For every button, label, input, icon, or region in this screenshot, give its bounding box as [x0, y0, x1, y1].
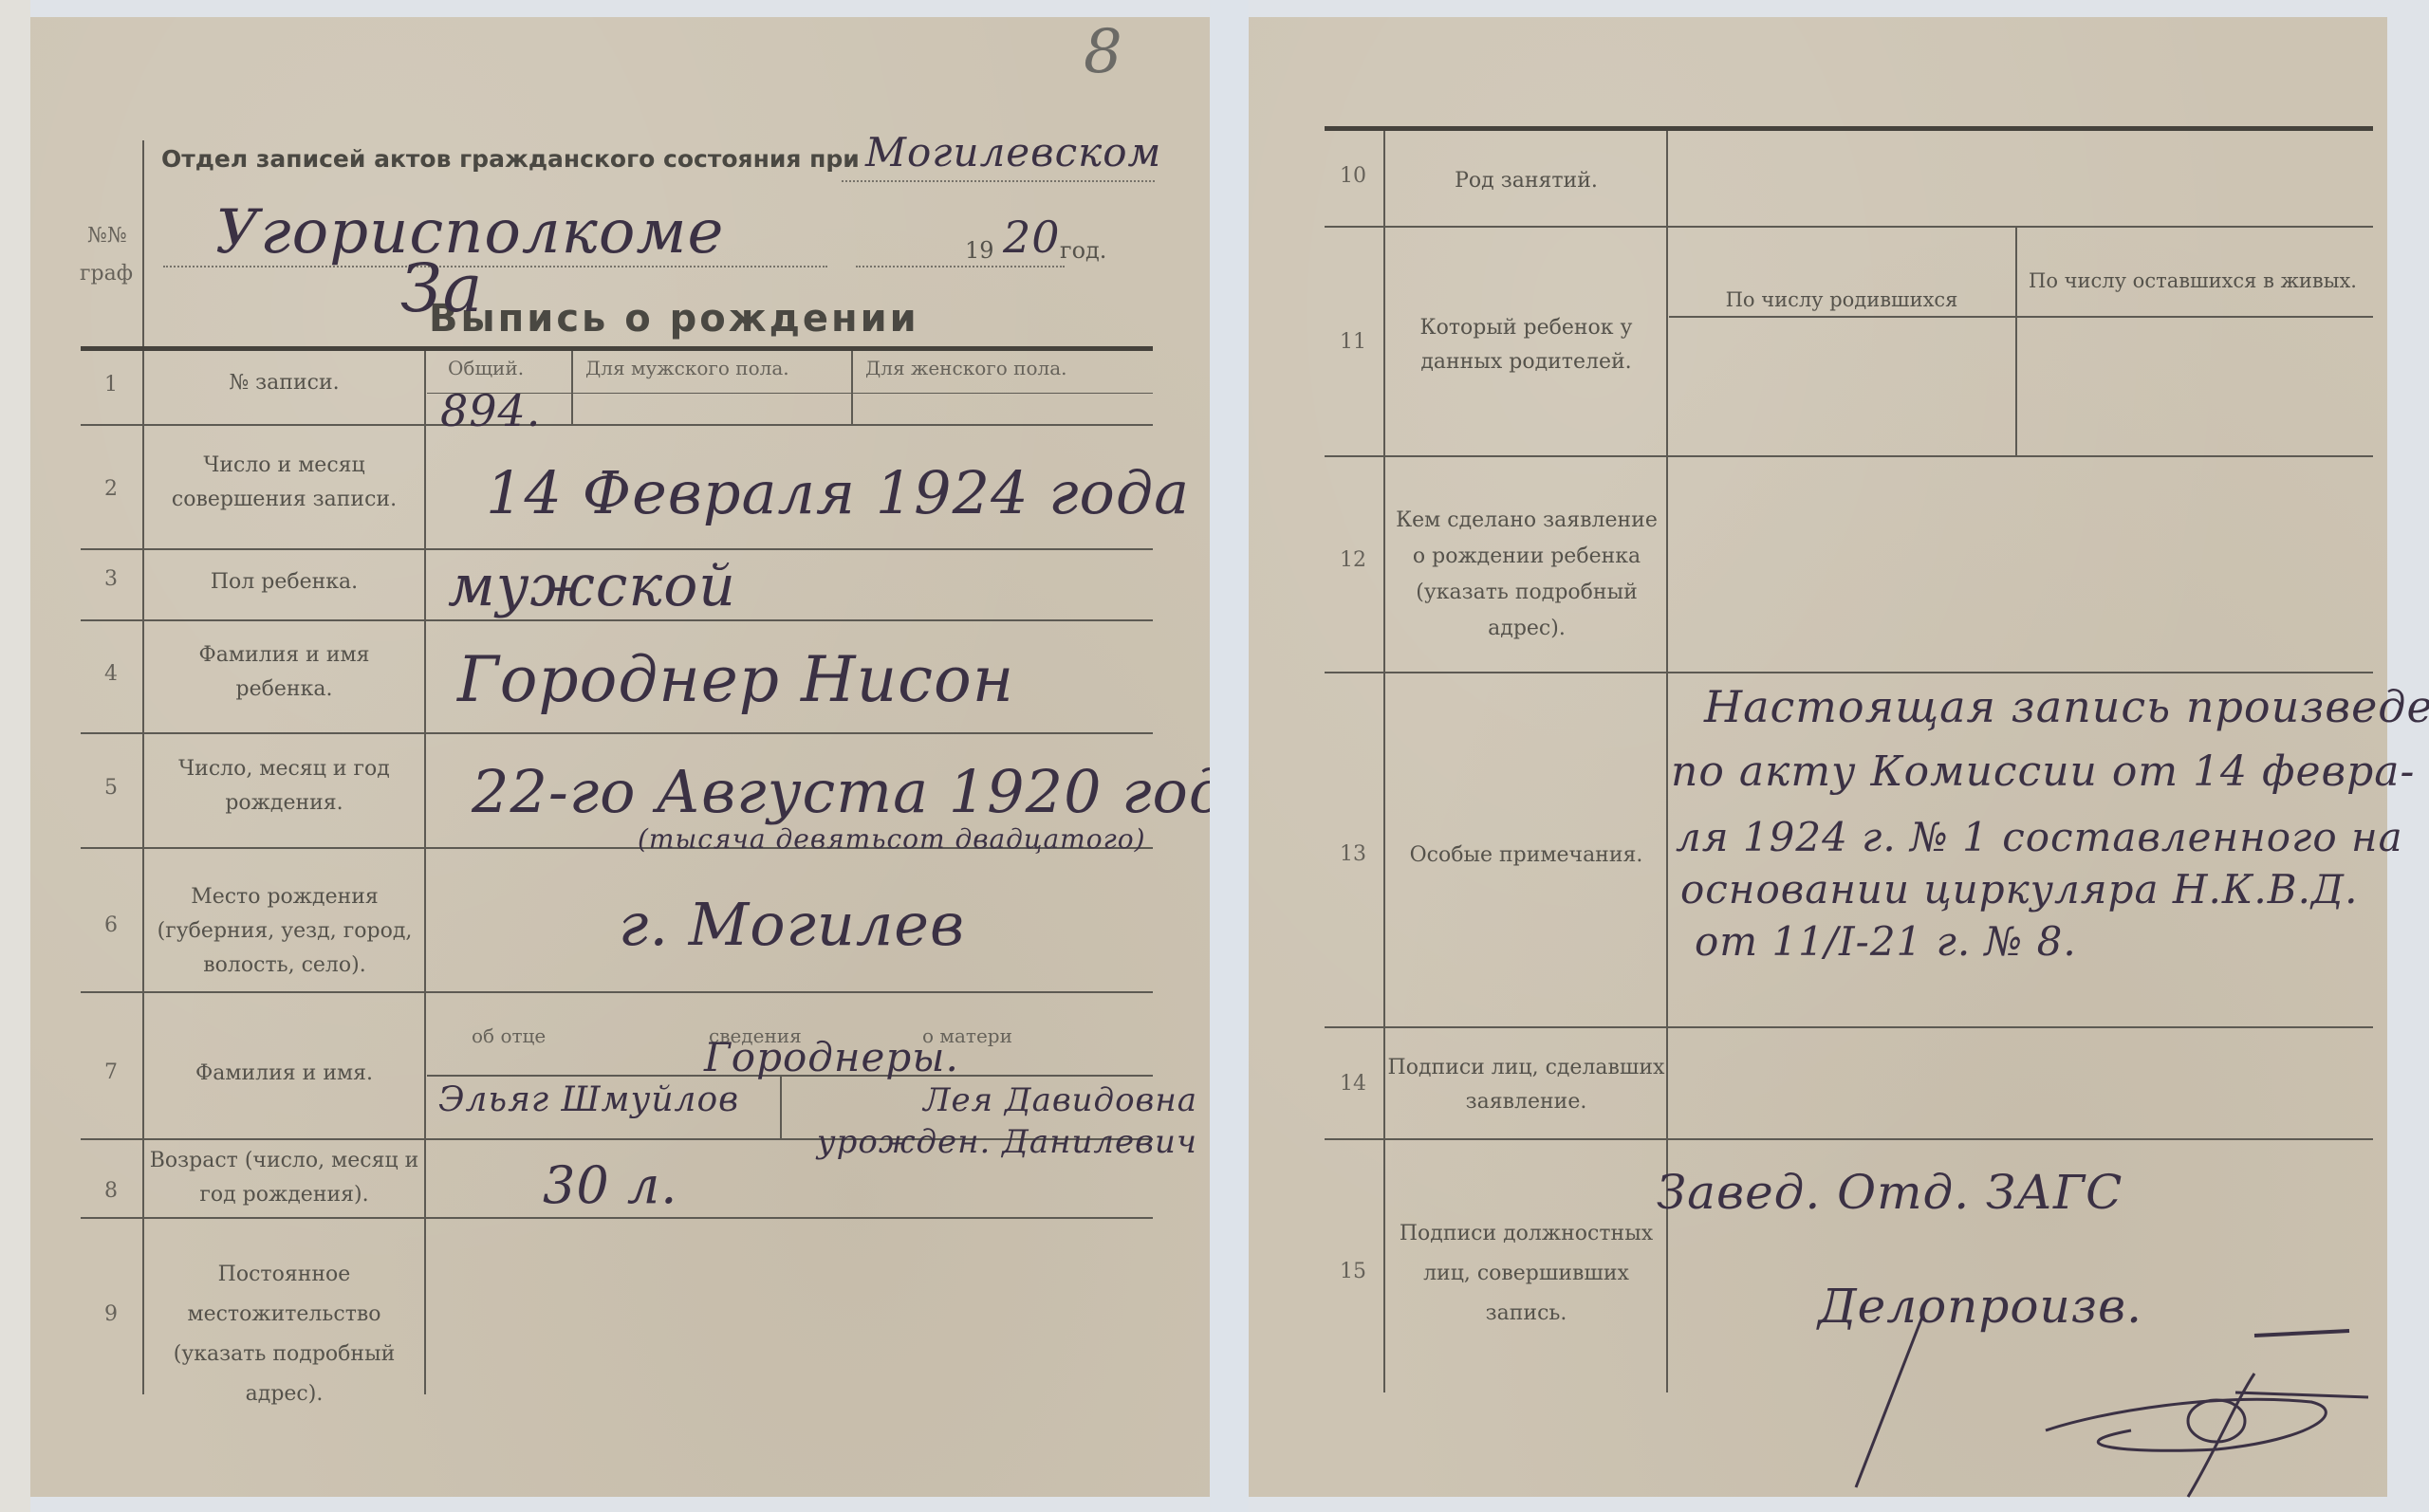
row-4-num: 4 — [83, 662, 139, 686]
row-7-mother: Лея Давидовна урожден. Данилевич — [789, 1079, 1197, 1163]
row-2-num: 2 — [83, 477, 139, 501]
row-13-note-line-2: по акту Комиссии от 14 февра- — [1671, 747, 2415, 796]
row-1-sub-male: Для мужского пола. — [585, 357, 789, 379]
row-11-num: 11 — [1325, 330, 1381, 354]
row-1-sub-female: Для женского пола. — [865, 357, 1066, 379]
row-11-label: Который ребенок у данных родителей. — [1391, 311, 1661, 379]
row-13-num: 13 — [1325, 842, 1381, 866]
page-number-mark: 8 — [1084, 17, 1122, 87]
row-11-sub-alive: По числу оставшихся в живых. — [2022, 264, 2364, 298]
row-7-surname: Городнеры. — [704, 1034, 959, 1080]
row-6-label: Место рождения (губерния, уезд, город, в… — [152, 880, 417, 983]
row-13-note-line-5: от 11/I-21 г. № 8. — [1695, 918, 2077, 965]
label-col-rule — [424, 351, 426, 1394]
row-rule — [81, 991, 1153, 993]
num-col-rule — [1383, 131, 1385, 1392]
row-rule — [81, 619, 1153, 621]
row-1-sub-general: Общий. — [448, 357, 524, 379]
left-page: 8 Отдел записей актов гражданского состо… — [30, 17, 1210, 1497]
row-2-label: Число и месяц совершения записи. — [149, 449, 419, 517]
row-rule — [81, 732, 1153, 734]
row-15-label: Подписи должностных лиц, совершивших зап… — [1386, 1214, 1666, 1334]
table-top-rule — [1325, 126, 2373, 131]
row-rule — [1325, 455, 2373, 457]
row-3-value: мужской — [448, 553, 736, 619]
row-3-label: Пол ребенка. — [144, 565, 424, 599]
document-title: Выпись о рождении — [429, 297, 919, 341]
row-rule — [1325, 226, 2373, 228]
row-12-label: Кем сделано заявление о рождении ребенка… — [1389, 503, 1664, 647]
year-suffix: год. — [1060, 237, 1106, 264]
row-3-num: 3 — [83, 567, 139, 591]
row-10-num: 10 — [1325, 164, 1381, 188]
col-header-nn: №№ — [87, 224, 127, 248]
row-14-num: 14 — [1325, 1072, 1381, 1096]
row-8-num: 8 — [83, 1179, 139, 1203]
row-7-father: Эльяг Шмуйлов — [438, 1079, 770, 1121]
row-rule — [1325, 672, 2373, 673]
row-8-value: 30 л. — [543, 1155, 677, 1215]
row-14-label: Подписи лиц, сделавших заявление. — [1386, 1051, 1666, 1119]
row-13-note-line-1: Настоящая запись произведена — [1704, 681, 2429, 732]
year-prefix: 19 — [965, 237, 994, 264]
row-rule — [1325, 1026, 2373, 1028]
row-9-num: 9 — [83, 1302, 139, 1326]
row-2-value: 14 Февраля 1924 года — [486, 458, 1190, 527]
header-vertical-rule — [142, 140, 144, 363]
row-5-value-words: (тысяча девятьсот двадцатого) — [638, 823, 1146, 855]
row-6-num: 6 — [83, 913, 139, 937]
page-gutter — [1210, 0, 1249, 1512]
row-10-label: Род занятий. — [1386, 164, 1666, 198]
parent-split-rule — [780, 1075, 782, 1138]
row-12-num: 12 — [1325, 548, 1381, 572]
row-5-num: 5 — [83, 776, 139, 800]
row-4-value: Городнер Нисон — [457, 643, 1014, 716]
row-13-label: Особые примечания. — [1386, 839, 1666, 873]
table-top-rule — [81, 346, 1153, 351]
row-8-label: Возраст (число, месяц и год рождения). — [144, 1144, 424, 1212]
row-1-label: № записи. — [144, 366, 424, 400]
row-9-label: Постоянное местожительство (указать подр… — [149, 1255, 419, 1414]
row-13-note-line-4: основании циркуляра Н.К.В.Д. — [1680, 866, 2358, 913]
row-rule — [81, 548, 1153, 550]
title-correction: За — [400, 249, 483, 327]
office-handwritten-1: Могилевском — [865, 129, 1161, 175]
right-page: 10 Род занятий. 11 Который ребенок у дан… — [1249, 17, 2387, 1497]
row-11-sub-born: По числу родившихся — [1671, 283, 2012, 317]
row-7-num: 7 — [83, 1060, 139, 1084]
row-13-note-line-3: ля 1924 г. № 1 составленного на — [1676, 814, 2403, 860]
row-6-value: г. Могилев — [619, 890, 965, 959]
row-rule — [1325, 1138, 2373, 1140]
row-15-num: 15 — [1325, 1260, 1381, 1283]
row-1-num: 1 — [83, 373, 139, 396]
scan-margin — [0, 0, 30, 1512]
year-dotted-line — [856, 266, 1065, 267]
row-1-value: 894. — [440, 385, 541, 436]
row-rule — [81, 1217, 1153, 1219]
signature-flourish-icon — [1818, 1260, 2387, 1506]
subcol-rule — [2015, 228, 2017, 455]
row-5-value: 22-го Августа 1920 года — [472, 757, 1263, 826]
row-7-sub-father: об отце — [472, 1024, 546, 1047]
row-4-label: Фамилия и имя ребенка. — [182, 638, 386, 707]
col-header-graf: граф — [80, 262, 133, 286]
year-handwritten: 20 — [1003, 212, 1061, 263]
office-dotted-line — [842, 180, 1155, 182]
row-rule — [81, 424, 1153, 426]
subcol-rule — [851, 351, 853, 424]
row-7-label: Фамилия и имя. — [144, 1057, 424, 1091]
office-prefix: Отдел записей актов гражданского состоян… — [161, 145, 860, 173]
num-col-rule — [142, 351, 144, 1394]
subcol-rule — [571, 351, 573, 424]
row-15-signature-1: Завед. Отд. ЗАГС — [1657, 1165, 2123, 1220]
row-5-label: Число, месяц и год рождения. — [158, 752, 410, 821]
